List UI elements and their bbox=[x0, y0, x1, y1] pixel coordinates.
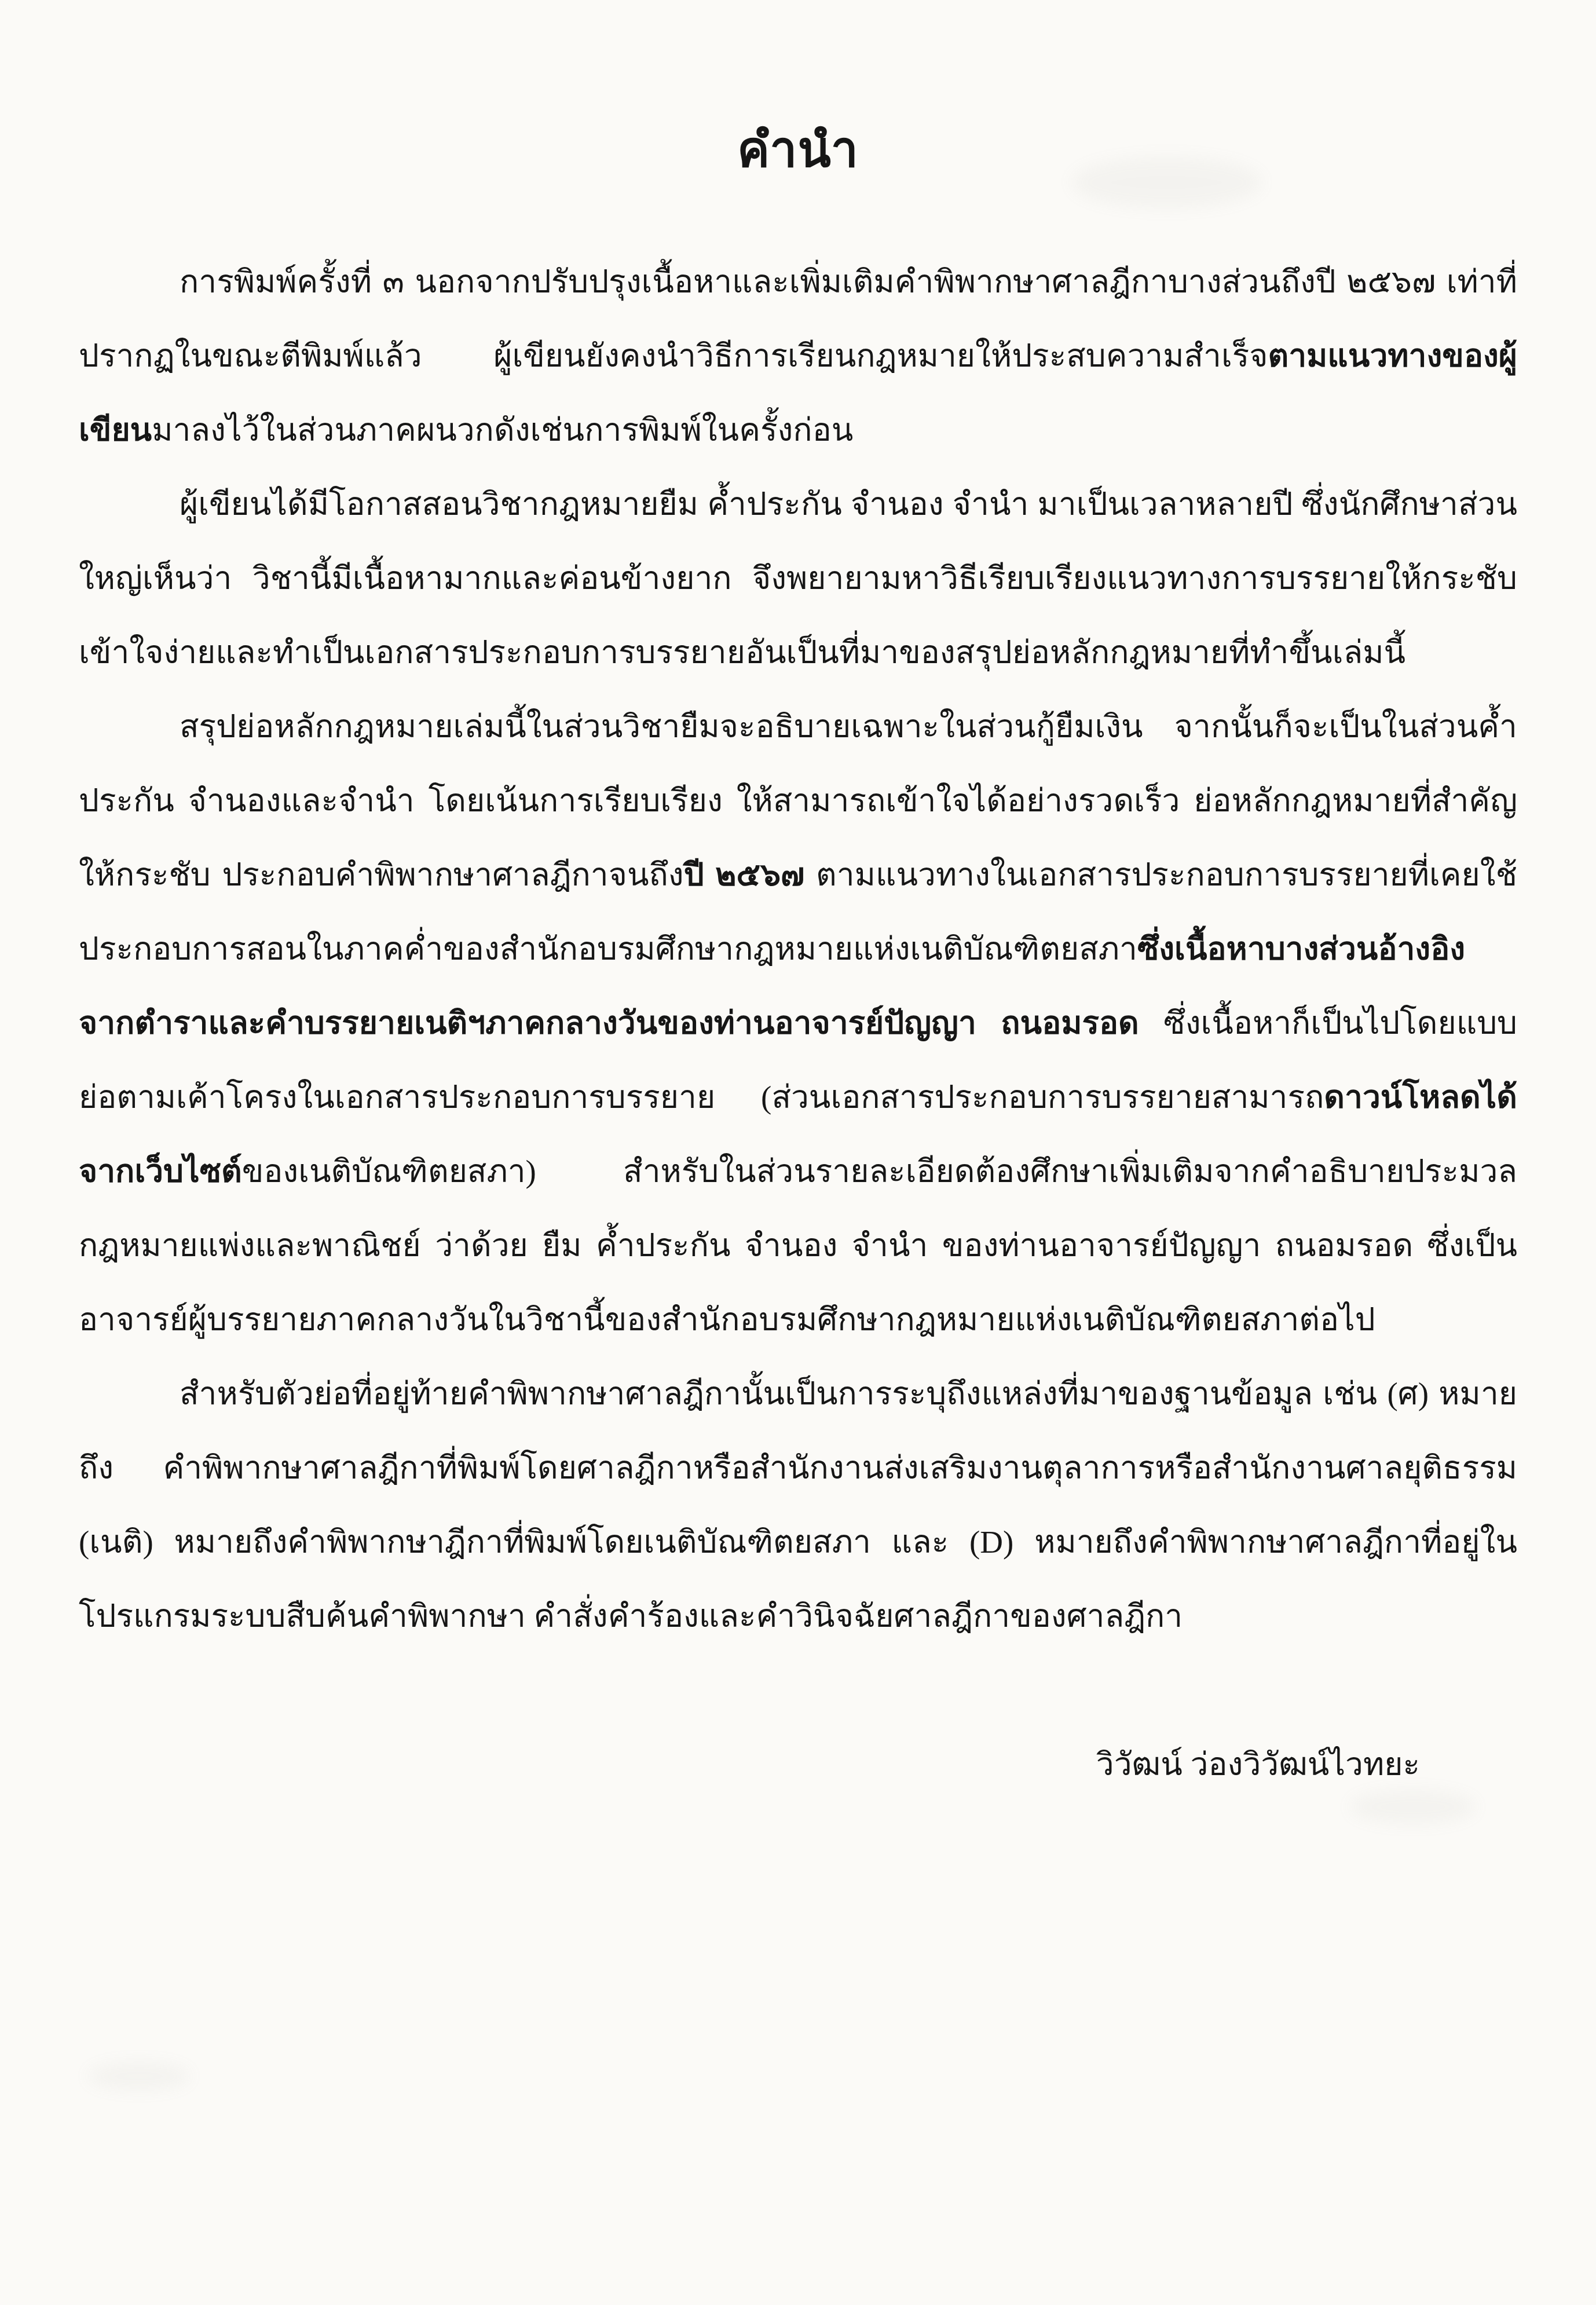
scan-artifact bbox=[87, 2062, 191, 2091]
scanned-preface-page: คำนำ การพิมพ์ครั้งที่ ๓ นอกจากปรับปรุงเน… bbox=[0, 0, 1596, 2305]
preface-body: การพิมพ์ครั้งที่ ๓ นอกจากปรับปรุงเนื้อหา… bbox=[79, 245, 1517, 1653]
paragraph-3: สรุปย่อหลักกฎหมายเล่มนี้ในส่วนวิชายืมจะอ… bbox=[79, 690, 1517, 1357]
text-run: ผู้เขียนได้มีโอกาสสอนวิชากฎหมายยืม ค้ำปร… bbox=[79, 486, 1517, 670]
text-run: ของเนติบัณฑิตยสภา) สำหรับในส่วนรายละเอีย… bbox=[79, 1154, 1517, 1337]
paragraph-4: สำหรับตัวย่อที่อยู่ท้ายคำพิพากษาศาลฎีกาน… bbox=[79, 1357, 1517, 1653]
page-title: คำนำ bbox=[79, 0, 1517, 245]
author-signature: วิวัฒน์ ว่องวิวัฒน์ไวทยะ bbox=[79, 1728, 1517, 1802]
text-run: มาลงไว้ในส่วนภาคผนวกดังเช่นการพิมพ์ในครั… bbox=[152, 412, 853, 448]
paragraph-2: ผู้เขียนได้มีโอกาสสอนวิชากฎหมายยืม ค้ำปร… bbox=[79, 467, 1517, 690]
page-content: คำนำ การพิมพ์ครั้งที่ ๓ นอกจากปรับปรุงเน… bbox=[0, 0, 1596, 1802]
paragraph-1: การพิมพ์ครั้งที่ ๓ นอกจากปรับปรุงเนื้อหา… bbox=[79, 245, 1517, 467]
text-run-bold: ปี ๒๕๖๗ bbox=[684, 857, 805, 892]
text-run: สำหรับตัวย่อที่อยู่ท้ายคำพิพากษาศาลฎีกาน… bbox=[79, 1376, 1517, 1634]
